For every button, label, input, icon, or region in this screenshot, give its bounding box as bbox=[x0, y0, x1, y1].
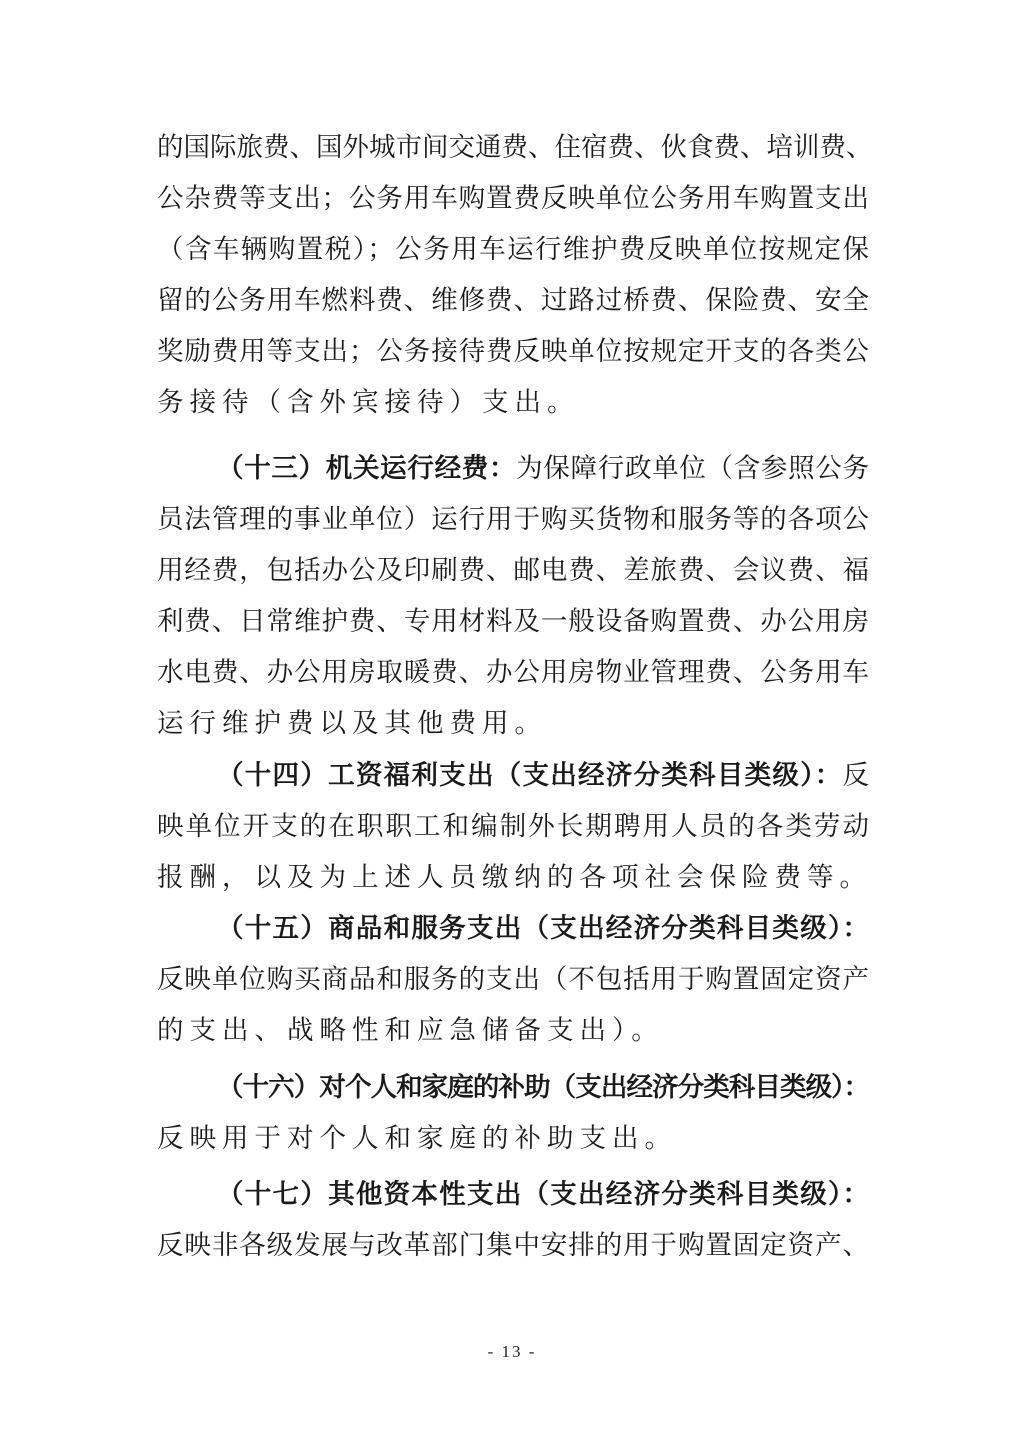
section-heading: （十三）机关运行经费： bbox=[217, 453, 516, 484]
section-text: 为保障行政单位（含参照公务 bbox=[516, 453, 869, 484]
section-14-first-line: （十四）工资福利支出（支出经济分类科目类级）：反 bbox=[157, 756, 869, 796]
paragraph-line: 的国际旅费、国外城市间交通费、住宿费、伙食费、培训费、 bbox=[157, 128, 869, 168]
paragraph-line: （含车辆购置税）；公务用车运行维护费反映单位按规定保 bbox=[157, 230, 869, 270]
section-heading: （十七）其他资本性支出（支出经济分类科目类级）： bbox=[217, 1179, 869, 1210]
section-16-first-line: （十六）对个人和家庭的补助（支出经济分类科目类级）： bbox=[157, 1068, 869, 1108]
paragraph-line: 利费、日常维护费、专用材料及一般设备购置费、办公用房 bbox=[157, 602, 869, 642]
paragraph-line: 务接待（含外宾接待）支出。 bbox=[157, 383, 869, 423]
section-text: 反 bbox=[843, 760, 870, 791]
paragraph-line: 反映非各级发展与改革部门集中安排的用于购置固定资产、 bbox=[157, 1226, 869, 1266]
paragraph-line: 反映单位购买商品和服务的支出（不包括用于购置固定资产 bbox=[157, 960, 869, 1000]
section-heading: （十六）对个人和家庭的补助（支出经济分类科目类级）： bbox=[217, 1072, 869, 1103]
paragraph-line: 映单位开支的在职职工和编制外长期聘用人员的各类劳动 bbox=[157, 807, 869, 847]
paragraph-line: 水电费、办公用房取暖费、办公用房物业管理费、公务用车 bbox=[157, 653, 869, 693]
paragraph-line: 公杂费等支出；公务用车购置费反映单位公务用车购置支出 bbox=[157, 179, 869, 219]
paragraph-line: 反映用于对个人和家庭的补助支出。 bbox=[157, 1119, 869, 1159]
paragraph-line: 奖励费用等支出；公务接待费反映单位按规定开支的各类公 bbox=[157, 332, 869, 372]
section-17-first-line: （十七）其他资本性支出（支出经济分类科目类级）： bbox=[157, 1175, 869, 1215]
paragraph-line: 运行维护费以及其他费用。 bbox=[157, 704, 869, 744]
section-heading: （十五）商品和服务支出（支出经济分类科目类级）： bbox=[217, 913, 869, 944]
paragraph-line: 报酬，以及为上述人员缴纳的各项社会保险费等。 bbox=[157, 858, 869, 898]
section-heading: （十四）工资福利支出（支出经济分类科目类级）： bbox=[217, 760, 843, 791]
section-13-first-line: （十三）机关运行经费：为保障行政单位（含参照公务 bbox=[157, 449, 869, 489]
paragraph-line: 留的公务用车燃料费、维修费、过路过桥费、保险费、安全 bbox=[157, 281, 869, 321]
paragraph-line: 员法管理的事业单位）运行用于购买货物和服务等的各项公 bbox=[157, 500, 869, 540]
paragraph-line: 用经费，包括办公及印刷费、邮电费、差旅费、会议费、福 bbox=[157, 551, 869, 591]
paragraph-line: 的支出、战略性和应急储备支出）。 bbox=[157, 1011, 869, 1051]
page-number: - 13 - bbox=[0, 1342, 1024, 1362]
section-15-first-line: （十五）商品和服务支出（支出经济分类科目类级）： bbox=[157, 909, 869, 949]
